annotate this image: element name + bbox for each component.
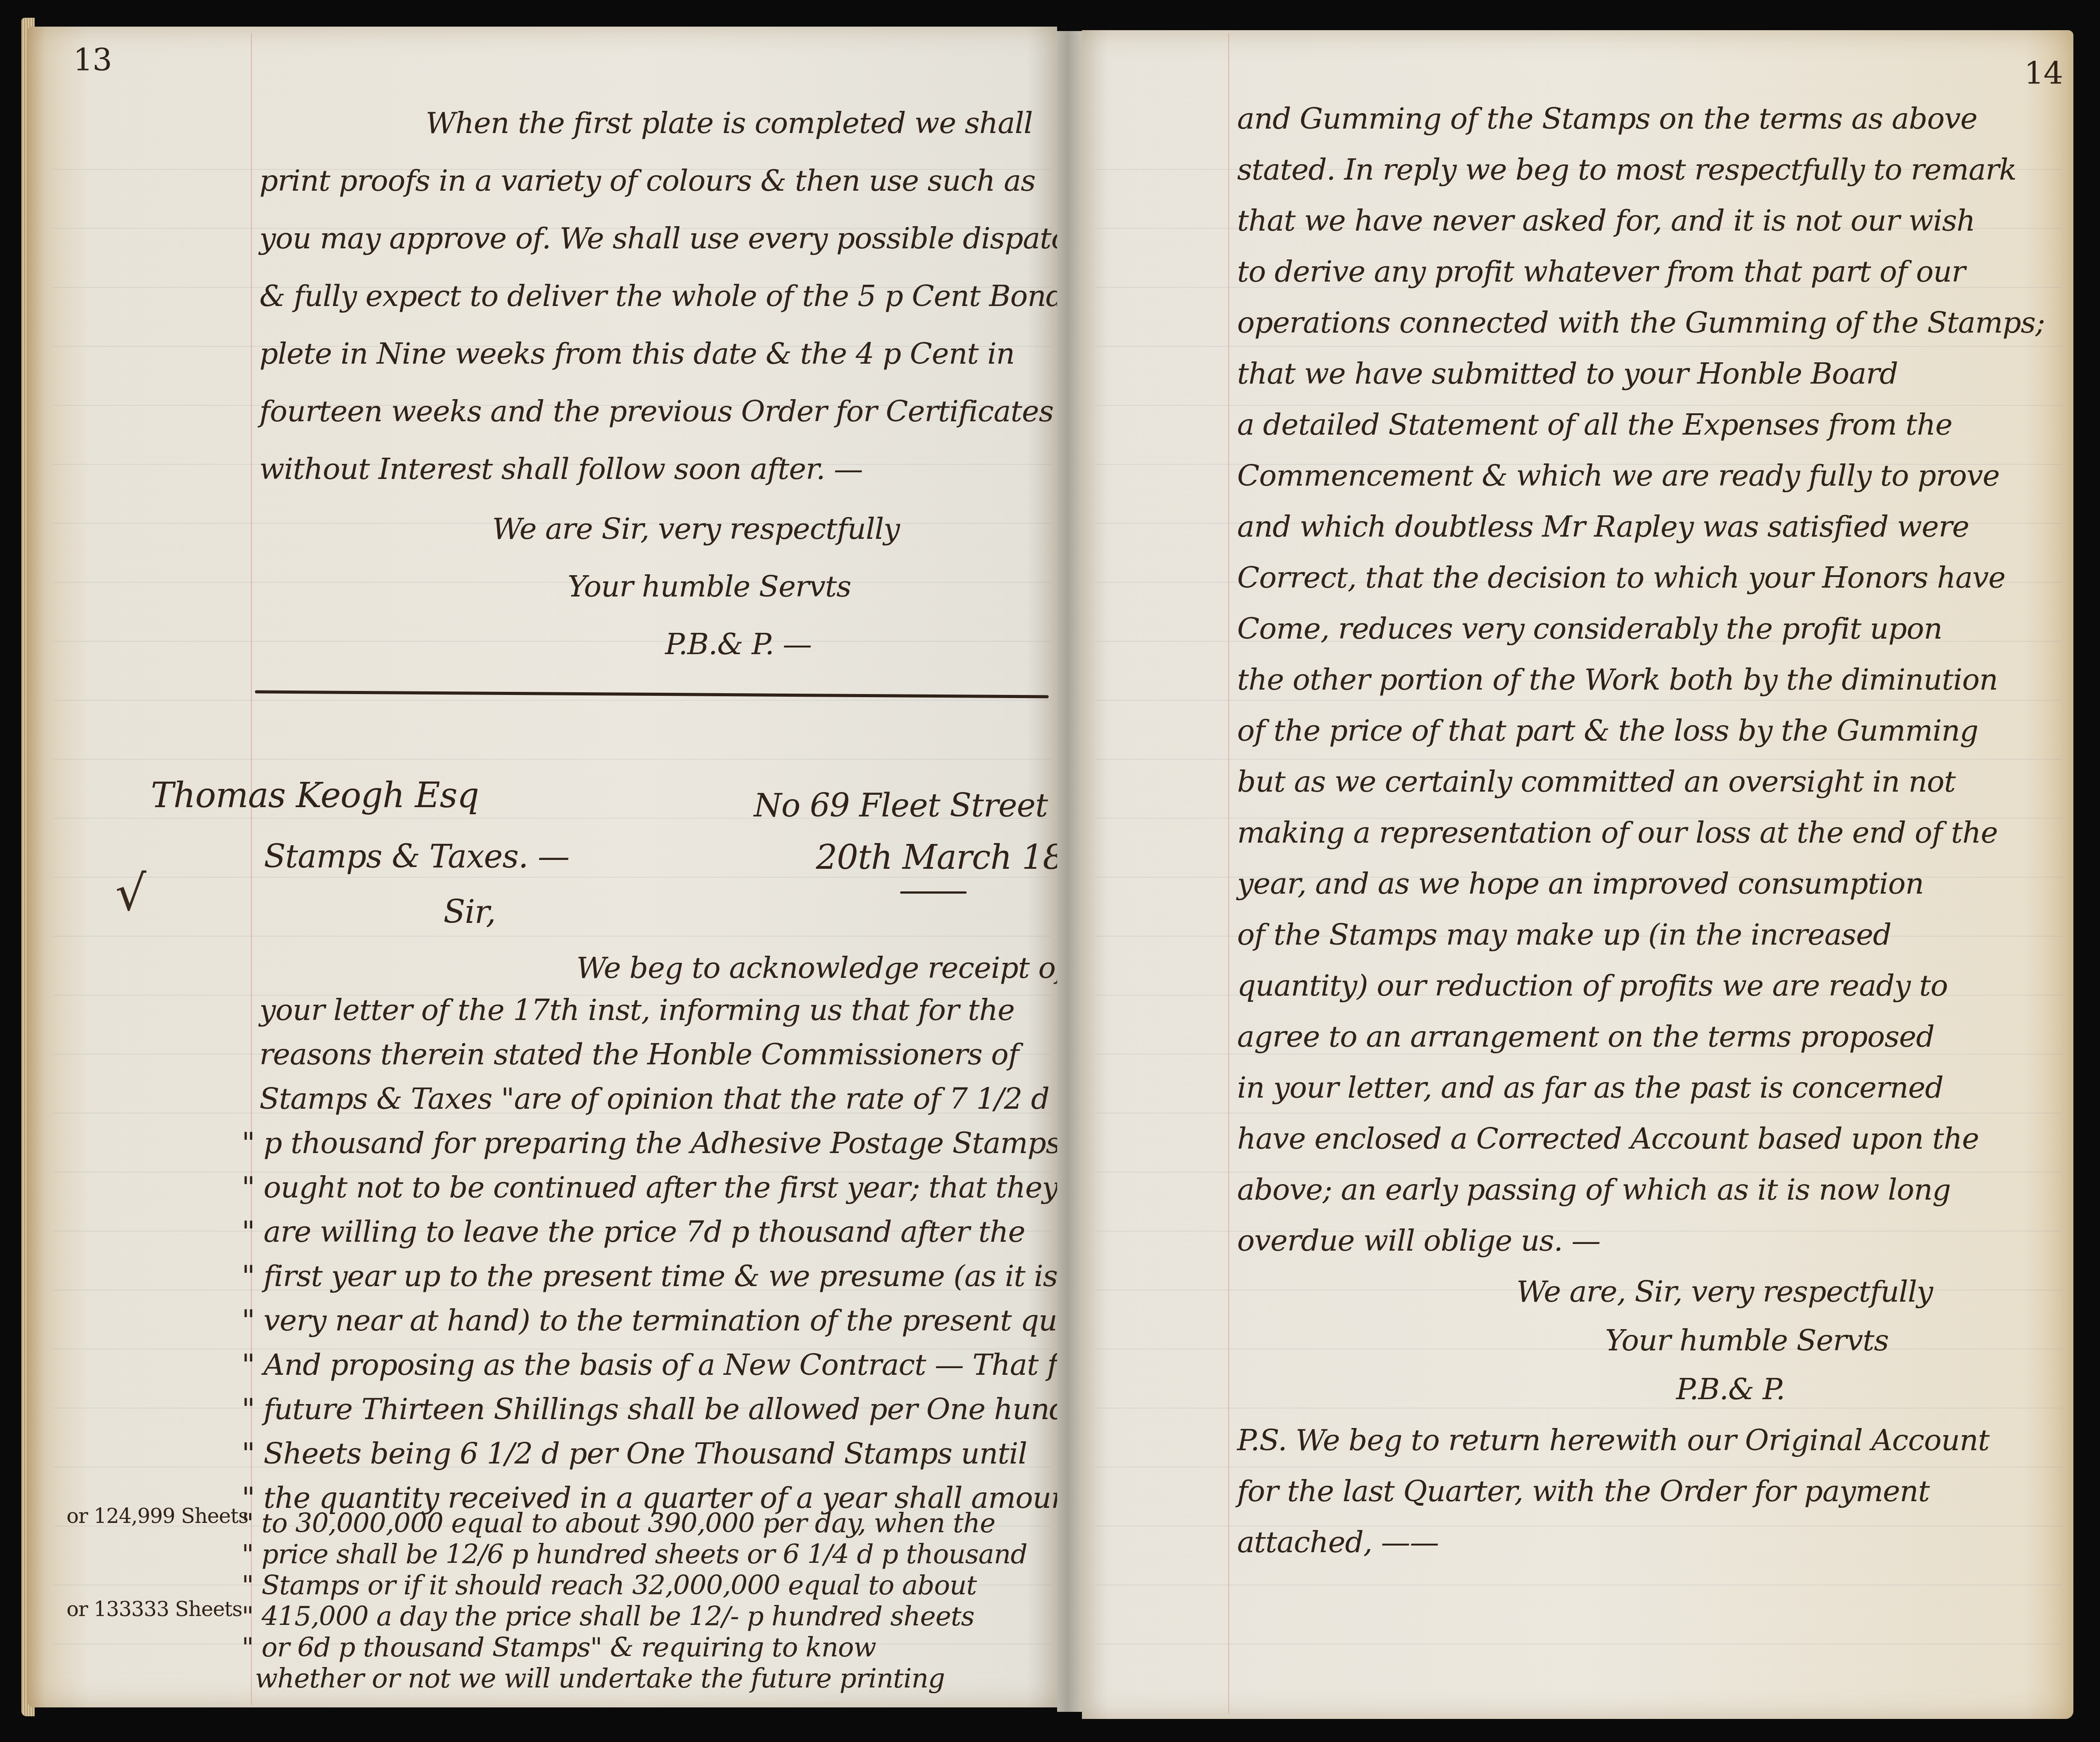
text-line: print proofs in a variety of colours & t…	[259, 166, 1035, 196]
book-gutter	[1057, 31, 1083, 1712]
text-line: and Gumming of the Stamps on the terms a…	[1237, 104, 1977, 133]
closing-line: We are Sir, very respectfully	[492, 514, 900, 544]
text-line: overdue will oblige us. —	[1237, 1226, 1600, 1255]
page-number-left: 13	[73, 44, 112, 75]
text-line: whether or not we will undertake the fut…	[255, 1665, 944, 1692]
recipient-office: Stamps & Taxes. —	[264, 840, 569, 872]
text-line: a detailed Statement of all the Expenses…	[1237, 410, 1952, 439]
text-line: Come, reduces very considerably the prof…	[1237, 614, 1942, 643]
text-line: " future Thirteen Shillings shall be all…	[242, 1395, 1116, 1424]
page-number-right: 14	[2024, 58, 2063, 89]
text-line: stated. In reply we beg to most respectf…	[1237, 155, 2016, 184]
signature: P.B.& P. —	[665, 630, 811, 659]
text-line: " or 6d p thousand Stamps" & requiring t…	[242, 1634, 876, 1661]
text-line: " first year up to the present time & we…	[242, 1262, 1098, 1291]
text-line: that we have never asked for, and it is …	[1237, 206, 1975, 235]
text-line: quantity) our reduction of profits we ar…	[1237, 971, 1948, 1000]
text-line: " price shall be 12/6 p hundred sheets o…	[242, 1541, 1027, 1568]
text-line: " ought not to be continued after the fi…	[242, 1173, 1058, 1202]
postscript-line: for the last Quarter, with the Order for…	[1237, 1477, 1929, 1506]
salutation: Sir,	[443, 896, 496, 928]
text-line: without Interest shall follow soon after…	[259, 455, 862, 484]
text-line: above; an early passing of which as it i…	[1237, 1175, 1951, 1204]
text-line: Correct, that the decision to which your…	[1237, 563, 2005, 592]
text-line: fourteen weeks and the previous Order fo…	[259, 397, 1054, 426]
text-line: of the Stamps may make up (in the increa…	[1237, 920, 1891, 949]
text-line: & fully expect to deliver the whole of t…	[259, 282, 1172, 311]
signature: P.B.& P.	[1676, 1375, 1785, 1404]
closing-line: We are, Sir, very respectfully	[1516, 1277, 1933, 1306]
recipient-name: Thomas Keogh Esq	[151, 778, 479, 813]
text-line: agree to an arrangement on the terms pro…	[1237, 1022, 1934, 1051]
text-line: you may approve of. We shall use every p…	[259, 224, 1085, 253]
text-line: plete in Nine weeks from this date & the…	[259, 339, 1015, 369]
text-line: " to 30,000,000 equal to about 390,000 p…	[242, 1510, 995, 1537]
text-line: of the price of that part & the loss by …	[1237, 716, 1978, 745]
text-line: year, and as we hope an improved consump…	[1237, 869, 1924, 898]
text-line: Stamps & Taxes "are of opinion that the …	[259, 1084, 1049, 1114]
text-line: in your letter, and as far as the past i…	[1237, 1073, 1943, 1102]
text-line: and which doubtless Mr Rapley was satisf…	[1237, 512, 1969, 541]
text-line: " Sheets being 6 1/2 d per One Thousand …	[242, 1439, 1027, 1468]
text-line: reasons therein stated the Honble Commis…	[259, 1040, 1019, 1069]
text-line: When the first plate is completed we sha…	[426, 109, 1033, 138]
text-line: have enclosed a Corrected Account based …	[1237, 1124, 1979, 1153]
text-line: " very near at hand) to the termination …	[242, 1306, 1129, 1335]
text-line: " 415,000 a day the price shall be 12/- …	[242, 1603, 974, 1630]
text-line: the other portion of the Work both by th…	[1237, 665, 1998, 694]
text-line: " are willing to leave the price 7d p th…	[242, 1217, 1025, 1247]
sender-address: No 69 Fleet Street	[754, 789, 1048, 821]
right-page-margin-rule	[1228, 33, 1229, 1714]
text-line: " And proposing as the basis of a New Co…	[242, 1350, 1144, 1380]
text-line: operations connected with the Gumming of…	[1237, 308, 2045, 337]
text-line: Commencement & which we are ready fully …	[1237, 461, 1999, 490]
checkmark-icon: √	[115, 865, 146, 922]
text-line: but as we certainly committed an oversig…	[1237, 767, 1955, 796]
postscript-line: P.S. We beg to return herewith our Origi…	[1237, 1426, 1989, 1455]
margin-note: or 133333 Sheets	[67, 1599, 242, 1619]
text-line: your letter of the 17th inst, informing …	[259, 996, 1015, 1025]
text-line: We beg to acknowledge receipt of	[576, 953, 1066, 983]
text-line: " p thousand for preparing the Adhesive …	[242, 1129, 1060, 1158]
text-line: that we have submitted to your Honble Bo…	[1237, 359, 1898, 388]
closing-line: Your humble Servts	[568, 572, 851, 601]
text-line: to derive any profit whatever from that …	[1237, 257, 1965, 286]
closing-line: Your humble Servts	[1605, 1326, 1888, 1355]
text-line: making a representation of our loss at t…	[1237, 818, 1998, 847]
date-underline	[900, 891, 967, 894]
postscript-line: attached, ——	[1237, 1528, 1438, 1557]
margin-note: or 124,999 Sheets	[67, 1506, 248, 1526]
text-line: " Stamps or if it should reach 32,000,00…	[242, 1572, 976, 1599]
